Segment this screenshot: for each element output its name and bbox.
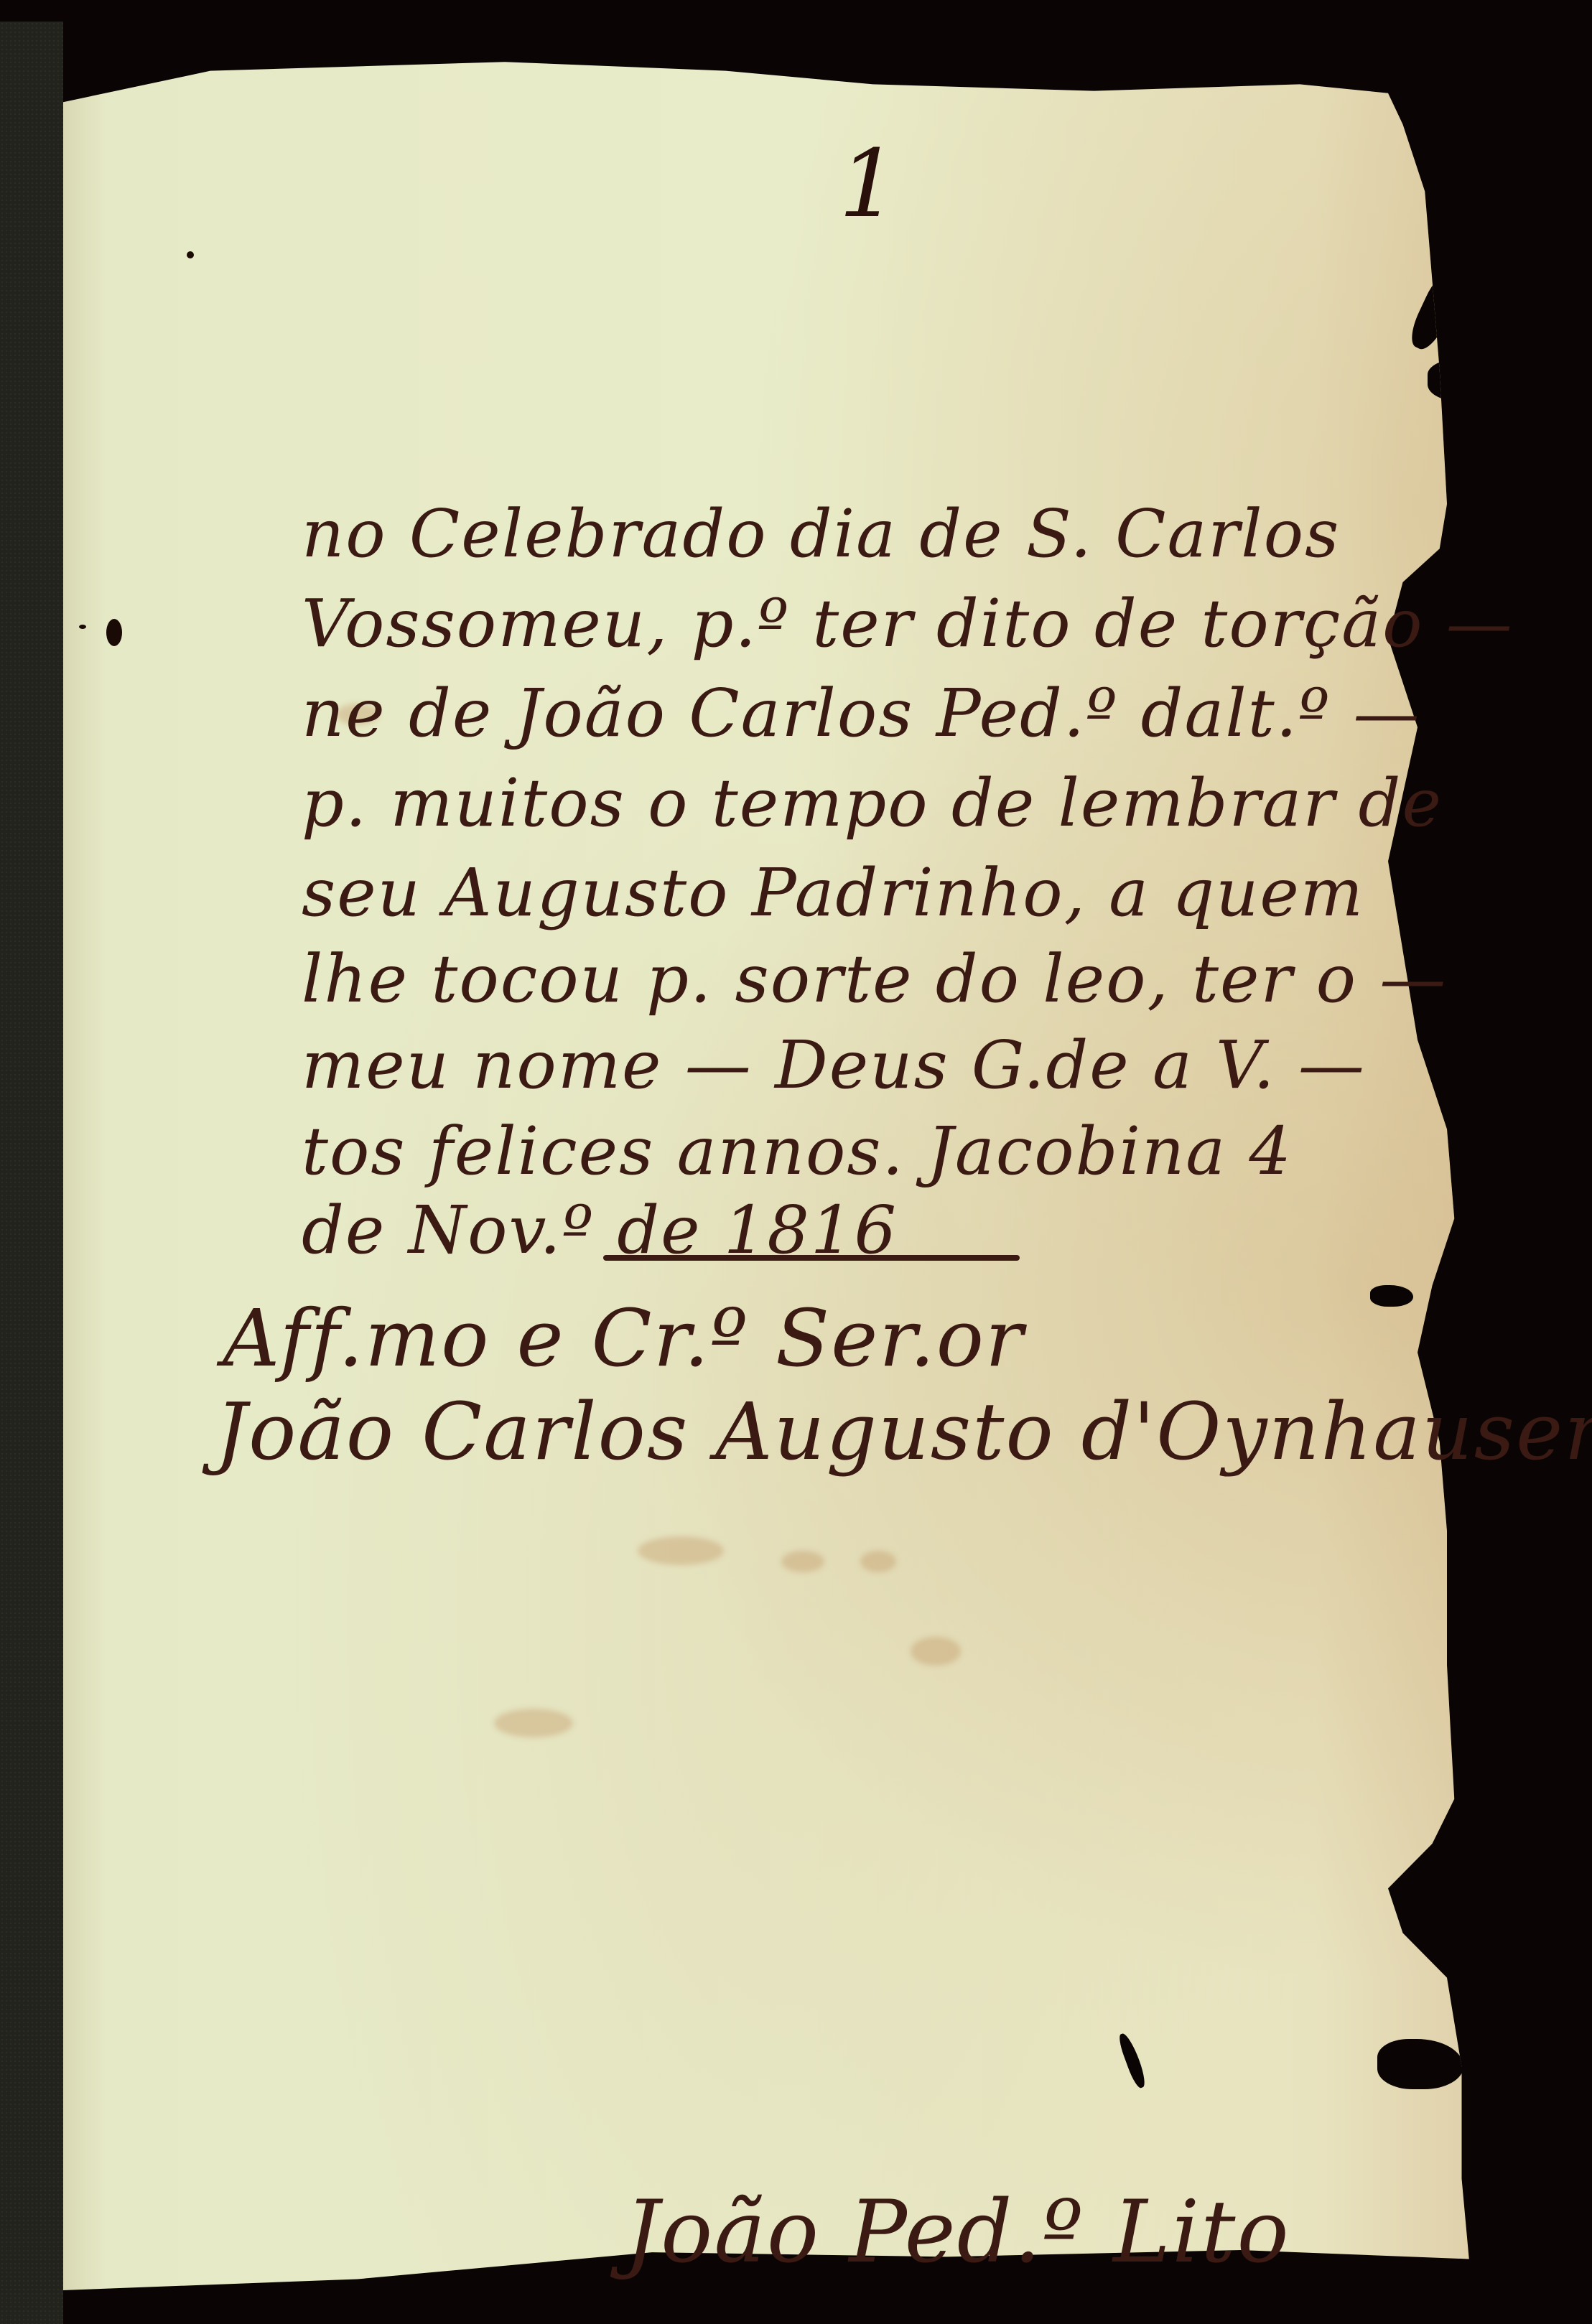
- ink-blot: [1117, 2031, 1148, 2089]
- letter-line-3: ne de João Carlos Ped.º dalt.º —: [302, 675, 1421, 752]
- letter-line-4: p. muitos o tempo de lembrar de: [302, 765, 1443, 841]
- letter-line-6: lhe tocou p. sorte do leo, ter o —: [302, 941, 1447, 1017]
- foxing-stain: [494, 1709, 573, 1737]
- foxing-stain: [638, 1536, 724, 1565]
- scan-background-strip: [0, 22, 63, 2324]
- letter-line-7: meu nome — Deus G.de a V. —: [302, 1027, 1366, 1103]
- letter-line-5: seu Augusto Padrinho, a quem: [302, 854, 1364, 931]
- ink-spot: [106, 619, 122, 646]
- ink-spot: [187, 251, 194, 258]
- foxing-stain: [911, 1637, 961, 1666]
- manuscript-scan: 1 no Celebrado dia de S. Carlos Vossomeu…: [0, 0, 1592, 2324]
- foxing-stain: [781, 1551, 824, 1572]
- date-underline: [603, 1255, 1020, 1261]
- paper-hole: [1370, 1285, 1413, 1307]
- paper-hole: [1377, 2039, 1463, 2089]
- letter-line-8: tos felices annos. Jacobina 4: [302, 1113, 1293, 1190]
- closing-signature: João Carlos Augusto d'Oynhausen: [215, 1386, 1592, 1478]
- folio-number: 1: [839, 129, 898, 238]
- letter-line-2: Vossomeu, p.º ter dito de torção —: [302, 585, 1514, 662]
- letter-line-1: no Celebrado dia de S. Carlos: [302, 495, 1340, 572]
- paper-hole: [1405, 271, 1465, 355]
- paper-hole: [1428, 359, 1514, 402]
- ink-spot: [79, 625, 86, 629]
- closing-salutation: Aff.mo e Cr.º Ser.or: [223, 1292, 1025, 1384]
- bottom-signature: João Ped.º Lito: [625, 2183, 1290, 2282]
- foxing-stain: [860, 1551, 896, 1572]
